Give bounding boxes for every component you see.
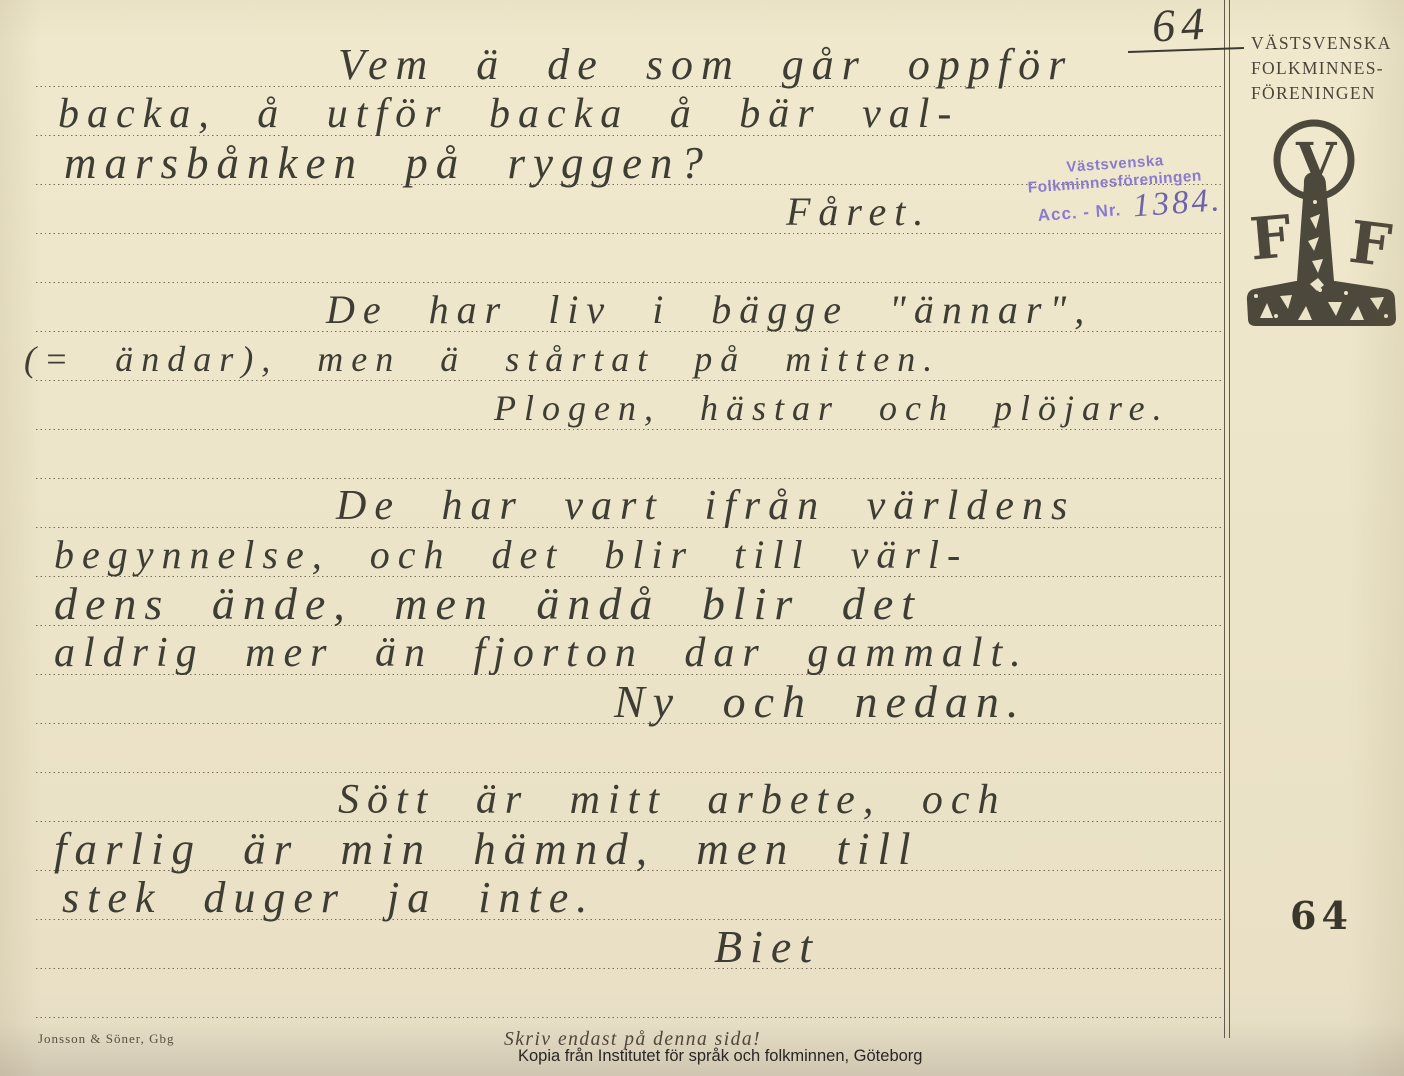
manuscript-line: Biet xyxy=(714,918,820,976)
printer-mark: Jonsson & Söner, Gbg xyxy=(38,1031,175,1047)
logo-letter-f-left: F xyxy=(1247,202,1294,273)
ruled-line xyxy=(36,1017,1224,1019)
manuscript-line: stek duger ja inte. xyxy=(62,869,595,927)
archive-copy-watermark: Kopia från Institutet för språk och folk… xyxy=(518,1047,922,1066)
logo-letter-v: V xyxy=(1295,132,1338,193)
manuscript-line: Fåret. xyxy=(786,183,931,241)
page-number-handwritten: 64 xyxy=(1151,0,1212,52)
stamp-acc-number: 1384. xyxy=(1132,187,1223,219)
manuscript-page: Vem ä de som går oppförbacka, å utför ba… xyxy=(0,0,1404,1076)
accession-stamp: Västsvenska Folkminnesföreningen Acc. - … xyxy=(1022,146,1251,227)
org-header-line3: FÖRENINGEN xyxy=(1251,81,1392,106)
vff-logo: V F F xyxy=(1240,118,1404,340)
stamp-acc-label: Acc. - Nr. xyxy=(1037,200,1122,226)
manuscript-line: Ny och nedan. xyxy=(614,673,1026,731)
manuscript-line: marsbånken på ryggen? xyxy=(64,134,711,192)
manuscript-line: Plogen, hästar och plöjare. xyxy=(494,379,1170,437)
logo-letter-f-right: F xyxy=(1346,208,1395,281)
thors-hammer-icon: V F F xyxy=(1240,118,1404,340)
org-header-line2: FOLKMINNES- xyxy=(1251,56,1392,81)
ruled-line xyxy=(36,968,1224,970)
page-number-printed: 64 xyxy=(1290,893,1353,938)
ruled-line xyxy=(36,233,1224,235)
org-header-line1: VÄSTSVENSKA xyxy=(1251,31,1392,56)
organization-header: VÄSTSVENSKA FOLKMINNES- FÖRENINGEN xyxy=(1251,31,1392,106)
